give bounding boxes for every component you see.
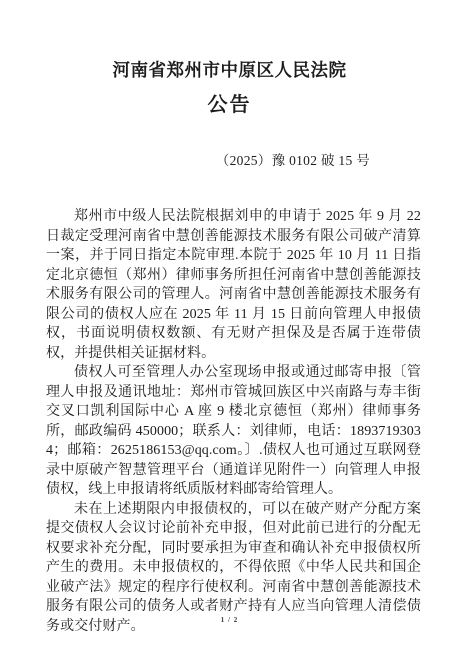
court-name-title: 河南省郑州市中原区人民法院 — [0, 0, 459, 82]
page-number: 1 / 2 — [0, 616, 459, 624]
case-number: （2025）豫 0102 破 15 号 — [0, 149, 459, 169]
document-type-title: 公告 — [0, 92, 459, 118]
announcement-page: 河南省郑州市中原区人民法院 公告 （2025）豫 0102 破 15 号 郑州市… — [0, 0, 459, 650]
body-paragraph-acceptance: 郑州市中级人民法院根据刘申的申请于 2025 年 9 月 22 日裁定受理河南省… — [46, 207, 421, 363]
body-paragraph-declaration-methods: 债权人可至管理人办公室现场申报或通过邮寄申报〔管理人申报及通讯地址：郑州市管城回… — [46, 363, 421, 500]
announcement-body: 郑州市中级人民法院根据刘申的申请于 2025 年 9 月 22 日裁定受理河南省… — [46, 207, 421, 636]
